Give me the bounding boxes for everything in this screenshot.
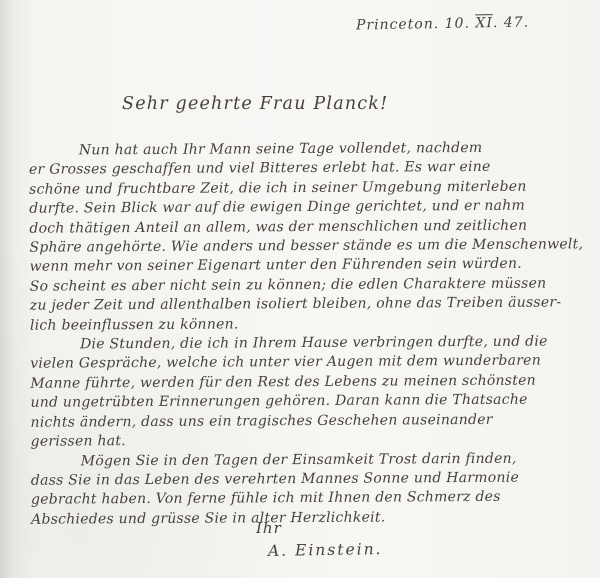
dateline-month-roman: XI	[475, 15, 493, 31]
letter-line: und ungetrübten Erinnerungen gehören. Da…	[30, 391, 586, 414]
letter-line: Abschiedes und grüsse Sie in alter Herzl…	[31, 507, 587, 530]
scan-edge-shadow	[0, 0, 14, 578]
salutation: Sehr geehrte Frau Planck!	[122, 94, 388, 114]
letter-line: zu jeder Zeit und allenthalben isoliert …	[30, 294, 586, 317]
letter-body: Nun hat auch Ihr Mann seine Tage vollend…	[29, 138, 587, 530]
dateline: Princeton. 10. XI. 47.	[356, 14, 529, 33]
letter-line: dass Sie in das Leben des verehrten Mann…	[31, 468, 587, 491]
dateline-year: . 47.	[493, 14, 529, 31]
closing-valediction: Ihr	[256, 519, 282, 537]
dateline-place-day: Princeton. 10.	[356, 15, 476, 33]
letter-scan: Princeton. 10. XI. 47. Sehr geehrte Frau…	[0, 0, 600, 578]
signature: A. Einstein.	[268, 540, 383, 560]
